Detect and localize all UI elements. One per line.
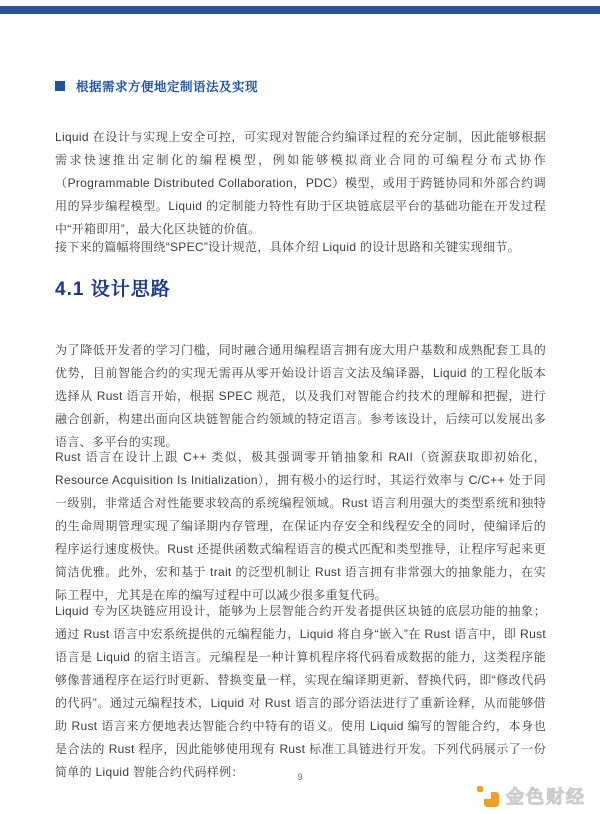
- paragraph-section-1: 为了降低开发者的学习门槛，同时融合通用编程语言拥有庞大用户基数和成熟配套工具的优…: [55, 339, 546, 454]
- jinse-logo-icon: [477, 785, 499, 807]
- paragraph-intro-2: 接下来的篇幅将围绕“SPEC”设计规范，具体介绍 Liquid 的设计思路和关键…: [55, 236, 546, 259]
- bullet-heading: 根据需求方便地定制语法及实现: [55, 77, 258, 95]
- top-accent-bar: [0, 6, 600, 14]
- bullet-heading-label: 根据需求方便地定制语法及实现: [76, 77, 258, 95]
- paragraph-intro-1: Liquid 在设计与实现上安全可控，可实现对智能合约编译过程的充分定制，因此能…: [55, 126, 546, 241]
- paragraph-section-2: Rust 语言在设计上跟 C++ 类似，极其强调零开销抽象和 RAII（资源获取…: [55, 446, 546, 607]
- page-number: 9: [0, 772, 600, 782]
- jinse-logo-text: 金色财经: [506, 783, 586, 809]
- jinse-finance-logo: 金色财经: [477, 783, 586, 809]
- bullet-square-icon: [55, 81, 65, 91]
- document-page: 根据需求方便地定制语法及实现 Liquid 在设计与实现上安全可控，可实现对智能…: [0, 0, 600, 814]
- section-heading: 4.1 设计思路: [55, 274, 171, 301]
- paragraph-section-3: Liquid 专为区块链应用设计，能够为上层智能合约开发者提供区块链的底层功能的…: [55, 600, 546, 784]
